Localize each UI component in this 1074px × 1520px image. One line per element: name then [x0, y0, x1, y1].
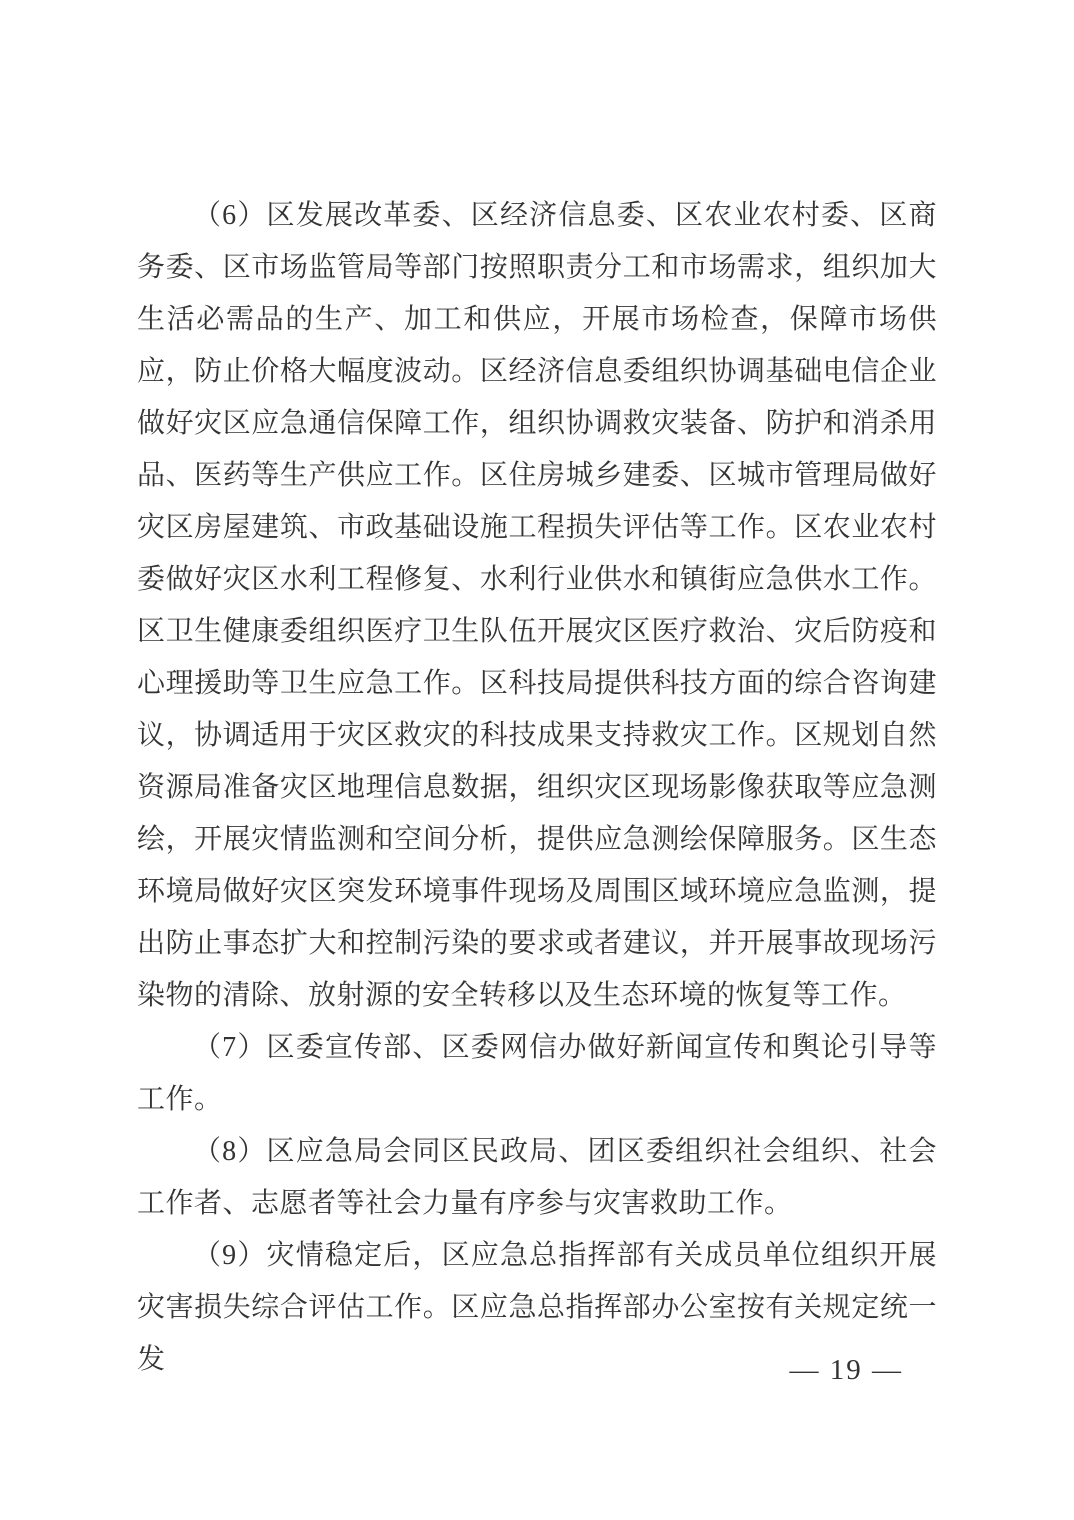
- document-page: （6）区发展改革委、区经济信息委、区农业农村委、区商务委、区市场监管局等部门按照…: [0, 0, 1074, 1520]
- paragraph-6: （6）区发展改革委、区经济信息委、区农业农村委、区商务委、区市场监管局等部门按照…: [137, 190, 937, 1022]
- document-body: （6）区发展改革委、区经济信息委、区农业农村委、区商务委、区市场监管局等部门按照…: [137, 190, 937, 1386]
- page-footer: — 19 —: [790, 1350, 904, 1390]
- paragraph-7: （7）区委宣传部、区委网信办做好新闻宣传和舆论引导等工作。: [137, 1022, 937, 1126]
- paragraph-8: （8）区应急局会同区民政局、团区委组织社会组织、社会工作者、志愿者等社会力量有序…: [137, 1126, 937, 1230]
- page-number: — 19 —: [790, 1354, 904, 1386]
